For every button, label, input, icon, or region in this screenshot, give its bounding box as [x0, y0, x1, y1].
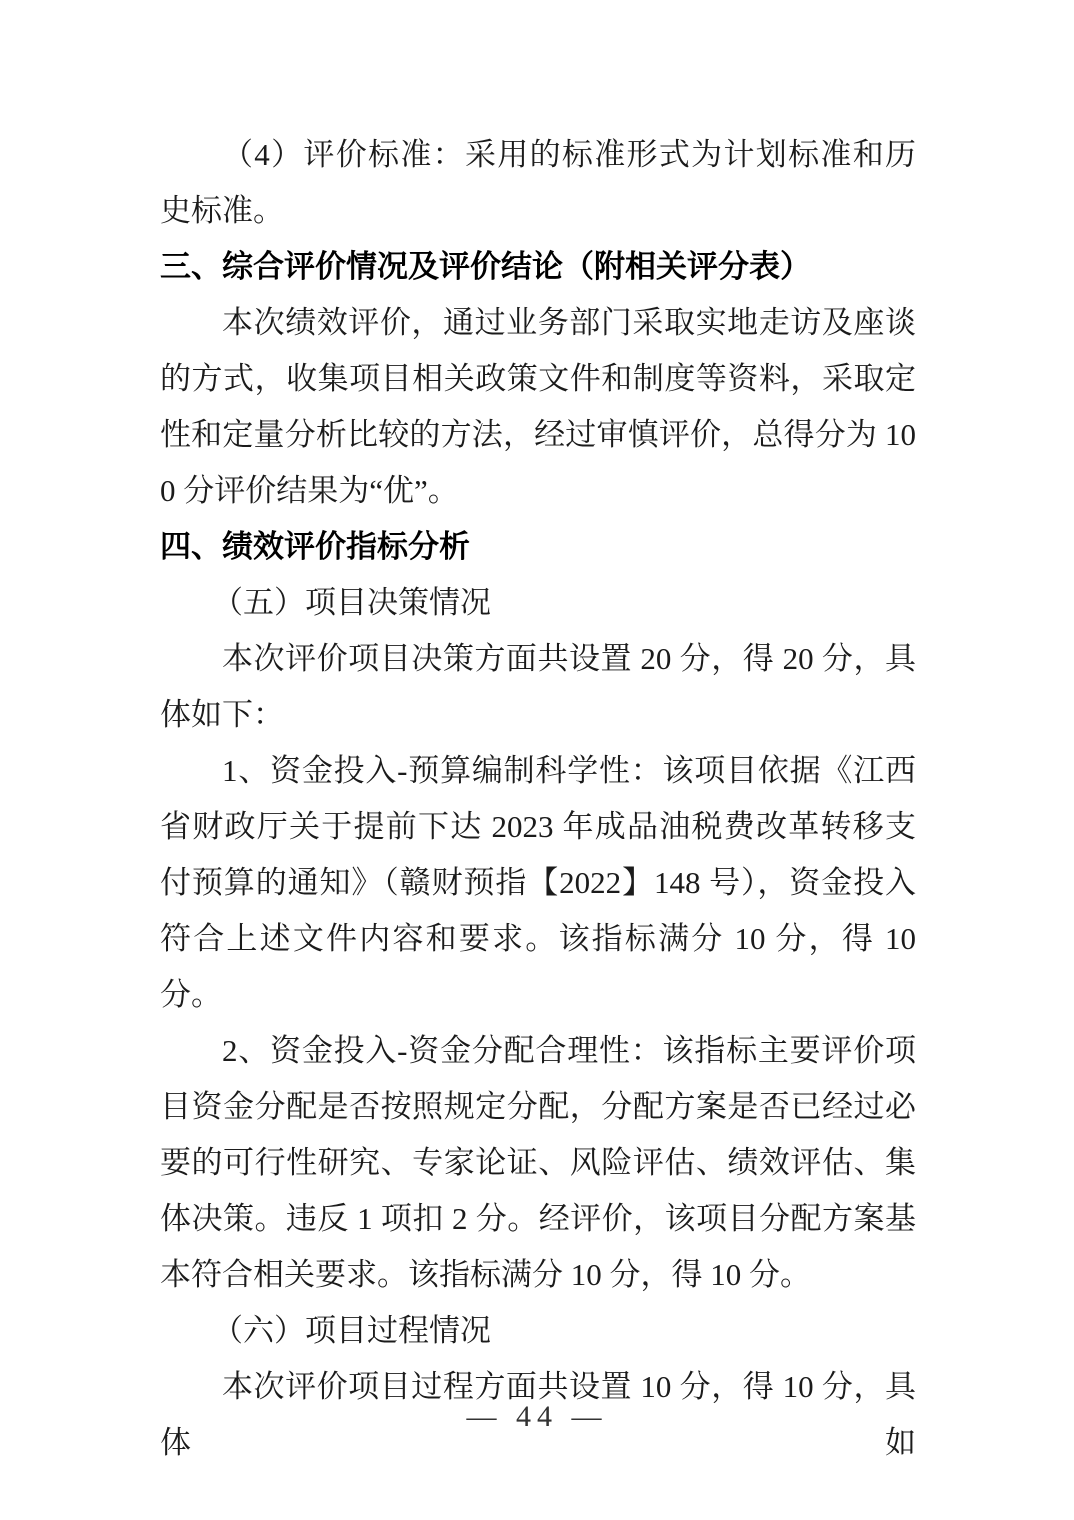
- paragraph-evaluation-standard: （4）评价标准：采用的标准形式为计划标准和历史标准。: [160, 127, 916, 239]
- subheading-5-project-decision: （五）项目决策情况: [160, 575, 916, 631]
- heading-section-4-indicator-analysis: 四、绩效评价指标分析: [160, 519, 916, 575]
- document-page: （4）评价标准：采用的标准形式为计划标准和历史标准。 三、综合评价情况及评价结论…: [0, 0, 1074, 1520]
- heading-section-3-comprehensive-evaluation: 三、综合评价情况及评价结论（附相关评分表）: [160, 239, 916, 295]
- document-body: （4）评价标准：采用的标准形式为计划标准和历史标准。 三、综合评价情况及评价结论…: [160, 127, 916, 1471]
- page-footer: — 44 —: [0, 1400, 1074, 1434]
- paragraph-decision-score-intro: 本次评价项目决策方面共设置 20 分，得 20 分，具体如下：: [160, 631, 916, 743]
- paragraph-evaluation-conclusion: 本次绩效评价，通过业务部门采取实地走访及座谈的方式，收集项目相关政策文件和制度等…: [160, 295, 916, 519]
- paragraph-indicator-2-fund-allocation: 2、资金投入-资金分配合理性：该指标主要评价项目资金分配是否按照规定分配，分配方…: [160, 1023, 916, 1303]
- subheading-6-project-process: （六）项目过程情况: [160, 1303, 916, 1359]
- page-number: — 44 —: [467, 1400, 608, 1433]
- paragraph-indicator-1-budget-preparation: 1、资金投入-预算编制科学性：该项目依据《江西省财政厅关于提前下达 2023 年…: [160, 743, 916, 1023]
